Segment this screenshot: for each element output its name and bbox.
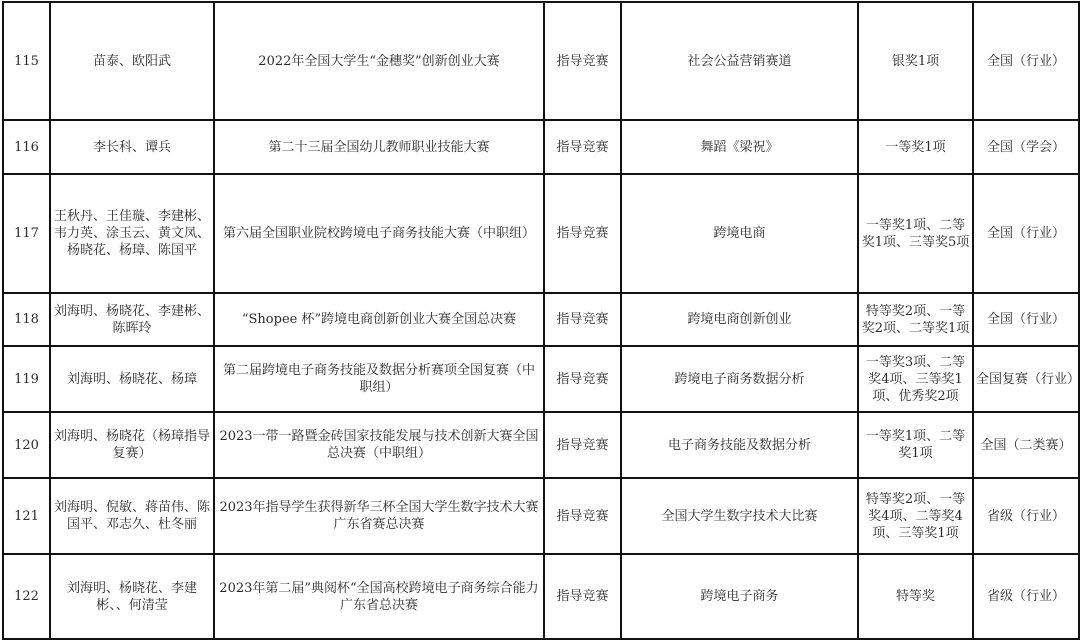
track-cell: 社会公益营销赛道 bbox=[621, 2, 858, 120]
teachers-cell: 王秋丹、王佳璇、李建彬、韦力英、涂玉云、黄文凤、杨晓花、杨璋、陈国平 bbox=[50, 174, 214, 293]
competition-cell: 第二届跨境电子商务技能及数据分析赛项全国复赛（中职组） bbox=[214, 346, 544, 412]
teachers-cell: 刘海明、杨晓花（杨璋指导复赛） bbox=[50, 412, 214, 478]
row-number: 116 bbox=[3, 120, 50, 174]
competition-cell: 2023年第二届”典阅杯“全国高校跨境电子商务综合能力广东省总决赛 bbox=[214, 554, 544, 639]
table-row: 121 刘海明、倪敏、蒋苗伟、陈国平、邓志久、杜冬丽 2023年指导学生获得新华… bbox=[3, 478, 1079, 554]
row-number: 122 bbox=[3, 554, 50, 639]
row-number: 118 bbox=[3, 293, 50, 346]
award-cell: 一等奖3项、二等奖4项、三等奖1项、优秀奖2项 bbox=[858, 346, 973, 412]
teachers-cell: 李长科、谭兵 bbox=[50, 120, 214, 174]
track-cell: 跨境电商 bbox=[621, 174, 858, 293]
level-cell: 全国（行业） bbox=[973, 174, 1079, 293]
award-cell: 银奖1项 bbox=[858, 2, 973, 120]
teachers-cell: 刘海明、倪敏、蒋苗伟、陈国平、邓志久、杜冬丽 bbox=[50, 478, 214, 554]
table-row: 120 刘海明、杨晓花（杨璋指导复赛） 2023一带一路暨金砖国家技能发展与技术… bbox=[3, 412, 1079, 478]
type-cell: 指导竞赛 bbox=[544, 293, 621, 346]
competition-cell: 第六届全国职业院校跨境电子商务技能大赛（中职组） bbox=[214, 174, 544, 293]
level-cell: 全国（二类赛） bbox=[973, 412, 1079, 478]
teachers-cell: 刘海明、杨晓花、李建彬、、何清莹 bbox=[50, 554, 214, 639]
table-row: 119 刘海明、杨晓花、杨璋 第二届跨境电子商务技能及数据分析赛项全国复赛（中职… bbox=[3, 346, 1079, 412]
competition-cell: 第二十三届全国幼儿教师职业技能大赛 bbox=[214, 120, 544, 174]
type-cell: 指导竞赛 bbox=[544, 174, 621, 293]
awards-table: 115 苗泰、欧阳武 2022年全国大学生“金穗奖”创新创业大赛 指导竞赛 社会… bbox=[2, 1, 1080, 640]
award-cell: 一等奖1项、二等奖1项、三等奖5项 bbox=[858, 174, 973, 293]
level-cell: 省级（行业） bbox=[973, 478, 1079, 554]
table-row: 118 刘海明、杨晓花、李建彬、陈晖玲 “Shopee 杯”跨境电商创新创业大赛… bbox=[3, 293, 1079, 346]
type-cell: 指导竞赛 bbox=[544, 2, 621, 120]
teachers-cell: 刘海明、杨晓花、杨璋 bbox=[50, 346, 214, 412]
table-row: 122 刘海明、杨晓花、李建彬、、何清莹 2023年第二届”典阅杯“全国高校跨境… bbox=[3, 554, 1079, 639]
table-row: 116 李长科、谭兵 第二十三届全国幼儿教师职业技能大赛 指导竞赛 舞蹈《梁祝》… bbox=[3, 120, 1079, 174]
type-cell: 指导竞赛 bbox=[544, 412, 621, 478]
competition-cell: “Shopee 杯”跨境电商创新创业大赛全国总决赛 bbox=[214, 293, 544, 346]
table-row: 115 苗泰、欧阳武 2022年全国大学生“金穗奖”创新创业大赛 指导竞赛 社会… bbox=[3, 2, 1079, 120]
teachers-cell: 刘海明、杨晓花、李建彬、陈晖玲 bbox=[50, 293, 214, 346]
level-cell: 全国（行业） bbox=[973, 293, 1079, 346]
competition-cell: 2023一带一路暨金砖国家技能发展与技术创新大赛全国总决赛（中职组） bbox=[214, 412, 544, 478]
type-cell: 指导竞赛 bbox=[544, 478, 621, 554]
track-cell: 跨境电子商务数据分析 bbox=[621, 346, 858, 412]
level-cell: 全国（行业） bbox=[973, 2, 1079, 120]
table-row: 117 王秋丹、王佳璇、李建彬、韦力英、涂玉云、黄文凤、杨晓花、杨璋、陈国平 第… bbox=[3, 174, 1079, 293]
track-cell: 跨境电商创新创业 bbox=[621, 293, 858, 346]
competition-cell: 2023年指导学生获得新华三杯全国大学生数字技术大赛广东省赛总决赛 bbox=[214, 478, 544, 554]
row-number: 120 bbox=[3, 412, 50, 478]
award-cell: 特等奖 bbox=[858, 554, 973, 639]
teachers-cell: 苗泰、欧阳武 bbox=[50, 2, 214, 120]
track-cell: 跨境电子商务 bbox=[621, 554, 858, 639]
type-cell: 指导竞赛 bbox=[544, 554, 621, 639]
award-cell: 特等奖2项、一等奖2项、二等奖1项 bbox=[858, 293, 973, 346]
track-cell: 全国大学生数字技术大比赛 bbox=[621, 478, 858, 554]
level-cell: 省级（行业） bbox=[973, 554, 1079, 639]
level-cell: 全国复赛（行业） bbox=[973, 346, 1079, 412]
level-cell: 全国（学会） bbox=[973, 120, 1079, 174]
row-number: 115 bbox=[3, 2, 50, 120]
track-cell: 舞蹈《梁祝》 bbox=[621, 120, 858, 174]
competition-cell: 2022年全国大学生“金穗奖”创新创业大赛 bbox=[214, 2, 544, 120]
award-cell: 一等奖1项、二等奖1项 bbox=[858, 412, 973, 478]
award-cell: 特等奖2项、一等奖4项、二等奖4项、三等奖1项 bbox=[858, 478, 973, 554]
award-cell: 一等奖1项 bbox=[858, 120, 973, 174]
type-cell: 指导竞赛 bbox=[544, 346, 621, 412]
row-number: 121 bbox=[3, 478, 50, 554]
row-number: 119 bbox=[3, 346, 50, 412]
row-number: 117 bbox=[3, 174, 50, 293]
type-cell: 指导竞赛 bbox=[544, 120, 621, 174]
track-cell: 电子商务技能及数据分析 bbox=[621, 412, 858, 478]
